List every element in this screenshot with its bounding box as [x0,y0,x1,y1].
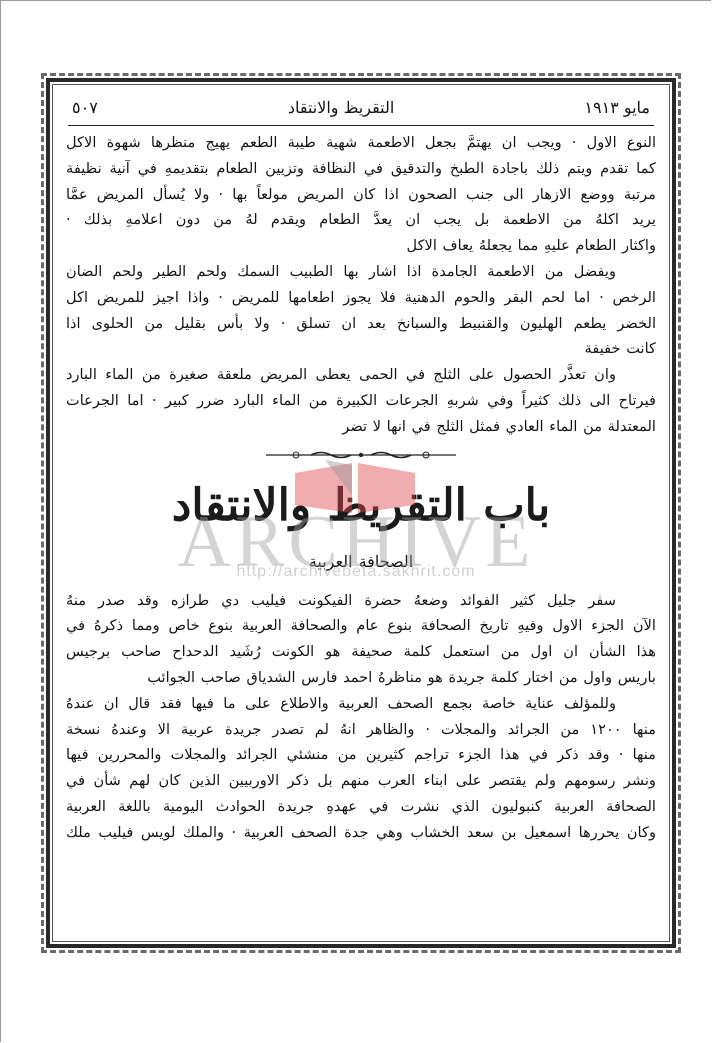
page-frame: مايو ١٩١٣ التقريظ والانتقاد ٥٠٧ النوع ال… [46,78,676,948]
header-running-title: التقريظ والانتقاد [288,98,394,117]
text-line: هذا الشأن ان اول من استعمل كلمة صحيفة هو… [66,639,656,665]
article-paragraph-1: سفر جليل كثير الفوائد وضعهُ حضرة الفيكون… [66,588,656,691]
text-line: الخضر يطعم الهليون والقنبيط والسبانخ بعد… [66,311,656,337]
divider-ornament-icon [266,449,456,461]
text-line: منها · وقد ذكر في هذا الجزء تراجم كثيرين… [66,742,656,768]
text-line: باريس واول من اختار كلمة جريدة هو مناظره… [66,665,656,691]
text-line: وان تعذَّر الحصول على الثلج في الحمى يعط… [66,362,656,388]
ornamental-divider [66,442,656,468]
article-title: الصحافة العربية [66,544,656,580]
text-line: فيرتاح الى ذلك كثيراً وفي شربهِ الجرعات … [66,388,656,414]
paragraph-section1: النوع الاول · ويجب ان يهتمَّ بجعل الاطعم… [66,130,656,259]
article-paragraph-2: وللمؤلف عناية خاصة بجمع الصحف العربية وا… [66,691,656,846]
header-rule [68,125,654,126]
page-body: النوع الاول · ويجب ان يهتمَّ بجعل الاطعم… [66,130,656,846]
text-line: منها ١٢٠٠ من الجرائد والمجلات · والظاهر … [66,717,656,743]
paragraph-section2: ويفضل من الاطعمة الجامدة اذا اشار بها ال… [66,259,656,362]
text-line: ويفضل من الاطعمة الجامدة اذا اشار بها ال… [66,259,656,285]
text-line: النوع الاول · ويجب ان يهتمَّ بجعل الاطعم… [66,130,656,156]
chapter-heading-calligraphy: باب التقريظ والانتقاد [66,468,656,544]
text-line: المعتدلة من الماء العادي فمثل الثلج في ا… [66,414,656,440]
text-line: ونشر رسومهم ولم يقتصر على ابناء العرب من… [66,768,656,794]
text-line: وكان يحررها اسمعيل بن سعد الخشاب وهي جدة… [66,820,656,846]
text-line: كما تقدم ويتم ذلك باجادة الطبخ والتدقيق … [66,156,656,182]
text-line: مرتبة ووضع الازهار الى جنب الصحون اذا كا… [66,182,656,208]
text-line: الصحافة العربية كنبوليون الذي نشرت في عه… [66,794,656,820]
text-line: يريد اكلهُ من الاطعمة بل يجب ان يعدَّ ال… [66,207,656,233]
text-line: واكثار الطعام عليهِ مما يجعلهُ يعاف الاك… [66,233,656,259]
header-page-number: ٥٠٧ [72,98,98,117]
running-header: مايو ١٩١٣ التقريظ والانتقاد ٥٠٧ [72,94,650,120]
header-date: مايو ١٩١٣ [584,98,650,117]
text-line: الآن الجزء الاول وفيهِ تاريخ الصحافة بنو… [66,613,656,639]
text-line: سفر جليل كثير الفوائد وضعهُ حضرة الفيكون… [66,588,656,614]
text-line: الرخص · اما لحم البقر والحوم الدهنية فلا… [66,285,656,311]
text-line: كانت خفيفة [66,336,656,362]
text-line: وللمؤلف عناية خاصة بجمع الصحف العربية وا… [66,691,656,717]
paragraph-section3: وان تعذَّر الحصول على الثلج في الحمى يعط… [66,362,656,439]
